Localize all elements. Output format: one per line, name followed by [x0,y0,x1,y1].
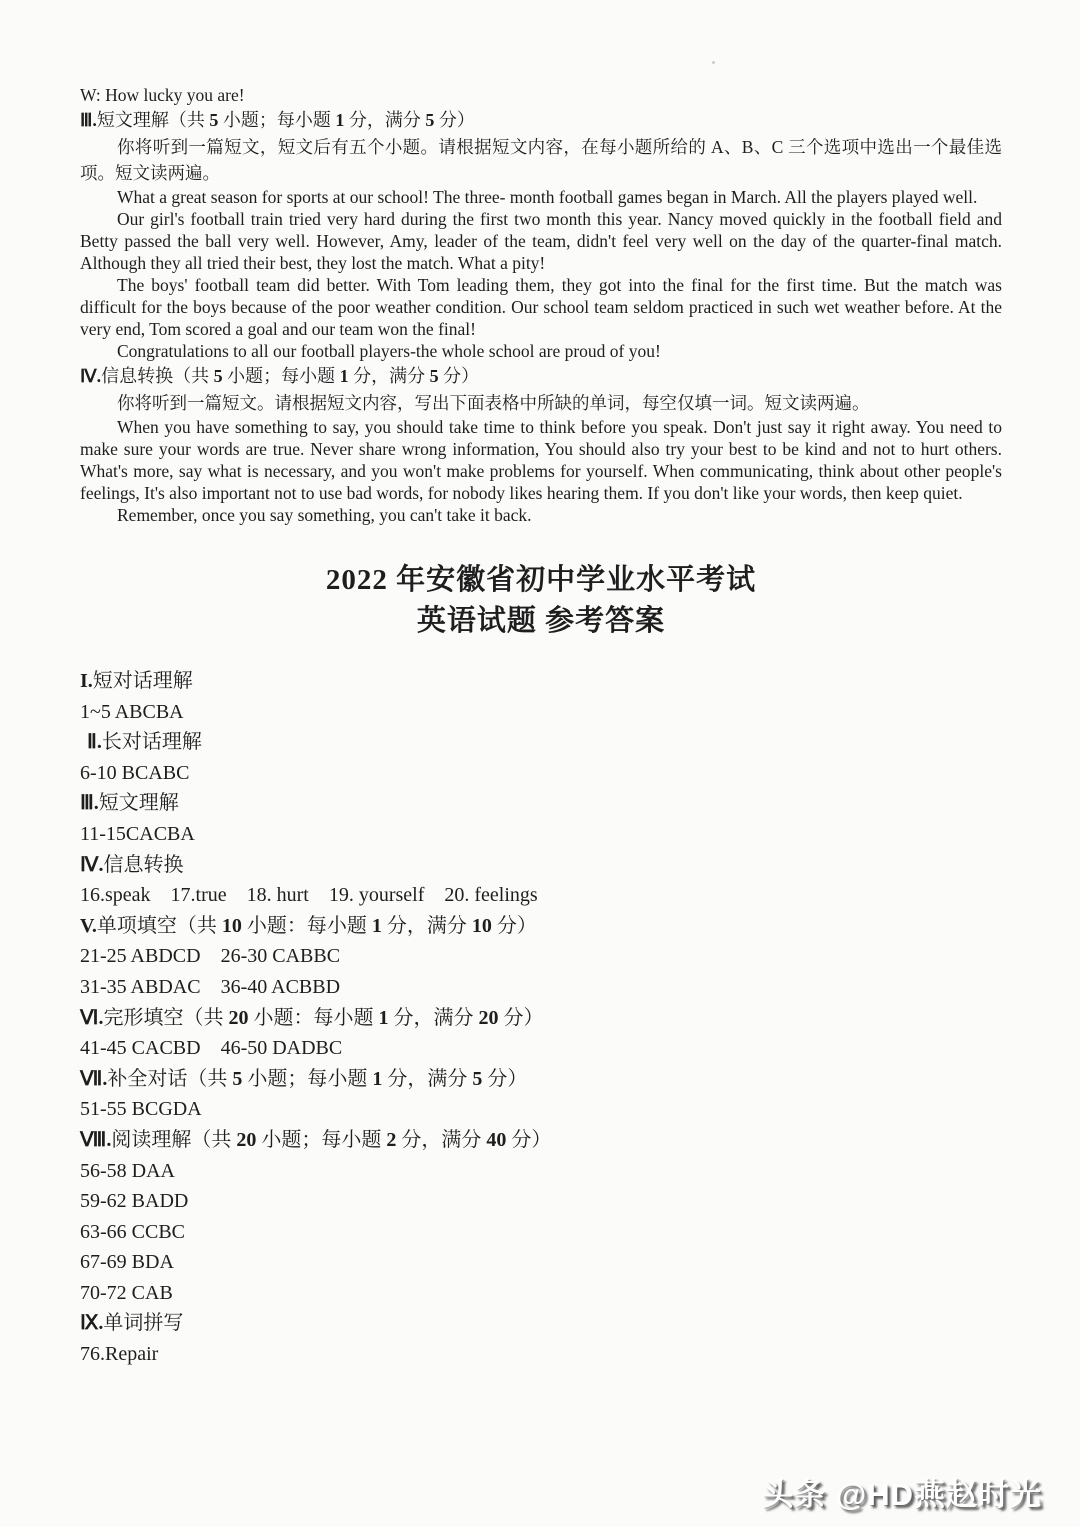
text-segment: 63-66 CCBC [80,1221,185,1243]
text-segment: 分，满分 [388,1007,478,1029]
text-segment: 分） [506,1129,551,1151]
text-segment: 分） [434,110,475,130]
text-segment: 分） [498,1007,543,1029]
bold-text-segment: 1 [372,1068,382,1090]
bold-text-segment: I. [80,670,93,692]
text-segment: 分，满分 [396,1129,486,1151]
answer-key-line: 51-55 BCGDA [80,1094,1002,1125]
bold-text-segment: 1 [378,1007,388,1029]
passage-paragraph: Congratulations to all our football play… [80,340,1002,362]
text-segment: 小题；每小题 [218,110,335,130]
bold-text-segment: 10 [222,915,242,937]
answer-key-line: 70-72 CAB [80,1278,1002,1309]
bold-text-segment: 5 [214,366,223,386]
text-segment: 短文理解（共 [97,110,210,130]
bold-text-segment: 1 [372,915,382,937]
text-segment: 16.speak 17.true 18. hurt 19. yourself 2… [80,884,538,906]
text-segment: 76.Repair [80,1343,158,1365]
answer-key-subtitle: 英语试题 参考答案 [80,601,1002,642]
text-segment: 信息转换（共 [101,366,214,386]
bold-text-segment: 2 [386,1129,396,1151]
answer-section-8: Ⅷ.阅读理解（共 20 小题；每小题 2 分，满分 40 分） [80,1125,1002,1156]
answer-key-line: 31-35 ABDAC 36-40 ACBBD [80,972,1002,1003]
text-segment: 6-10 BCABC [80,762,189,784]
scan-speck [712,61,715,64]
text-segment: 51-55 BCGDA [80,1098,202,1120]
text-segment: What a great season for sports at our sc… [117,187,977,207]
passage-paragraph: Our girl's football train tried very har… [80,208,1002,274]
text-segment: 短对话理解 [93,670,193,692]
section-header-3: Ⅲ.短文理解（共 5 小题；每小题 1 分，满分 5 分） [80,108,1002,133]
text-segment: 小题；每小题 [256,1129,386,1151]
text-segment: 完形填空（共 [103,1007,228,1029]
exam-title: 2022 年安徽省初中学业水平考试 [80,560,1002,601]
answer-key-line: 63-66 CCBC [80,1217,1002,1248]
bold-text-segment: 20 [236,1129,256,1151]
text-segment: 小题；每小题 [223,366,340,386]
bold-text-segment: Ⅲ. [80,792,99,814]
text-segment: 分，满分 [382,1068,472,1090]
bold-text-segment: 40 [486,1129,506,1151]
bold-text-segment: V. [80,915,97,937]
text-segment: 70-72 CAB [80,1282,173,1304]
text-segment: 补全对话（共 [107,1068,232,1090]
text-segment: 你将听到一篇短文，短文后有五个小题。请根据短文内容，在每小题所给的 A、B、C … [80,137,1002,183]
text-segment: 59-62 BADD [80,1190,188,1212]
watermark-text: 头条 @HD燕赵时光 [762,1469,1042,1514]
bold-text-segment: 20 [228,1007,248,1029]
answer-key-line: 11-15CACBA [80,819,1002,850]
text-segment: 分） [492,915,537,937]
passage-paragraph: When you have something to say, you shou… [80,416,1002,504]
bold-text-segment: Ⅳ. [80,366,101,386]
text-segment: 小题；每小题 [242,1068,372,1090]
text-segment: 小题：每小题 [242,915,372,937]
answer-section-6: Ⅵ.完形填空（共 20 小题：每小题 1 分，满分 20 分） [80,1003,1002,1034]
answer-key-title-block: 2022 年安徽省初中学业水平考试 英语试题 参考答案 [80,560,1002,642]
text-segment: 长对话理解 [102,731,202,753]
answer-key-line: 6-10 BCABC [80,758,1002,789]
bold-text-segment: 1 [340,366,349,386]
bold-text-segment: Ⅳ. [80,854,103,876]
section-header-4: Ⅳ.信息转换（共 5 小题；每小题 1 分，满分 5 分） [80,364,1002,389]
text-segment: 短文理解 [99,792,179,814]
text-segment: 67-69 BDA [80,1251,174,1273]
text-segment: 信息转换 [103,854,183,876]
text-segment: 21-25 ABDCD 26-30 CABBC [80,945,340,967]
text-segment: W: How lucky you are! [80,85,245,105]
passage-paragraph: Remember, once you say something, you ca… [80,504,1002,526]
answer-key-line: 56-58 DAA [80,1156,1002,1187]
text-segment: 31-35 ABDAC 36-40 ACBBD [80,976,340,998]
text-segment: 41-45 CACBD 46-50 DADBC [80,1037,342,1059]
text-segment: 分，满分 [382,915,472,937]
text-segment: 56-58 DAA [80,1160,175,1182]
answer-key-line: 59-62 BADD [80,1186,1002,1217]
bold-text-segment: 5 [472,1068,482,1090]
answer-section-1: I.短对话理解 [80,666,1002,697]
section-instructions: 你将听到一篇短文，短文后有五个小题。请根据短文内容，在每小题所给的 A、B、C … [80,134,1002,186]
answer-section-9: Ⅸ.单词拼写 [80,1308,1002,1339]
section-instructions: 你将听到一篇短文。请根据短文内容，写出下面表格中所缺的单词，每空仅填一词。短文读… [80,390,1002,416]
answer-key-line: 41-45 CACBD 46-50 DADBC [80,1033,1002,1064]
bold-text-segment: Ⅱ. [87,731,102,753]
text-segment: 分） [439,366,480,386]
bold-text-segment: Ⅲ. [80,110,97,130]
dialogue-line: W: How lucky you are! [80,84,1002,106]
bold-text-segment: Ⅶ. [80,1068,107,1090]
answer-section-5: V.单项填空（共 10 小题：每小题 1 分，满分 10 分） [80,911,1002,942]
text-segment: 单项填空（共 [97,915,222,937]
text-segment: 小题：每小题 [248,1007,378,1029]
text-segment: 分，满分 [344,110,425,130]
exam-answer-page: W: How lucky you are!Ⅲ.短文理解（共 5 小题；每小题 1… [0,0,1080,1527]
text-segment: 分） [482,1068,527,1090]
bold-text-segment: Ⅷ. [80,1129,111,1151]
bold-text-segment: 5 [430,366,439,386]
answer-section-4: Ⅳ.信息转换 [80,850,1002,881]
answer-section-3: Ⅲ.短文理解 [80,788,1002,819]
text-segment: 分，满分 [349,366,430,386]
listening-transcript-block: W: How lucky you are!Ⅲ.短文理解（共 5 小题；每小题 1… [80,84,1002,526]
text-segment: Congratulations to all our football play… [117,341,661,361]
answer-key-line: 76.Repair [80,1339,1002,1370]
bold-text-segment: Ⅸ. [80,1312,103,1334]
answer-section-7: Ⅶ.补全对话（共 5 小题；每小题 1 分，满分 5 分） [80,1064,1002,1095]
text-segment: Our girl's football train tried very har… [80,209,1002,273]
text-segment: 阅读理解（共 [111,1129,236,1151]
text-segment: Remember, once you say something, you ca… [117,505,532,525]
text-segment: 1~5 ABCBA [80,701,184,723]
text-segment: 你将听到一篇短文。请根据短文内容，写出下面表格中所缺的单词，每空仅填一词。短文读… [117,393,870,413]
answer-key-line: 16.speak 17.true 18. hurt 19. yourself 2… [80,880,1002,911]
passage-paragraph: The boys' football team did better. With… [80,274,1002,340]
text-segment: When you have something to say, you shou… [80,417,1002,503]
bold-text-segment: Ⅵ. [80,1007,103,1029]
answer-key-line: 21-25 ABDCD 26-30 CABBC [80,941,1002,972]
answer-key-line: 67-69 BDA [80,1247,1002,1278]
text-segment: 11-15CACBA [80,823,195,845]
bold-text-segment: 5 [232,1068,242,1090]
answer-key-line: 1~5 ABCBA [80,697,1002,728]
bold-text-segment: 10 [472,915,492,937]
answer-key-block: I.短对话理解1~5 ABCBAⅡ.长对话理解6-10 BCABCⅢ.短文理解1… [80,666,1002,1370]
passage-paragraph: What a great season for sports at our sc… [80,186,1002,208]
bold-text-segment: 20 [478,1007,498,1029]
text-segment: The boys' football team did better. With… [80,275,1002,339]
answer-section-2: Ⅱ.长对话理解 [80,727,1002,758]
text-segment: 单词拼写 [103,1312,183,1334]
